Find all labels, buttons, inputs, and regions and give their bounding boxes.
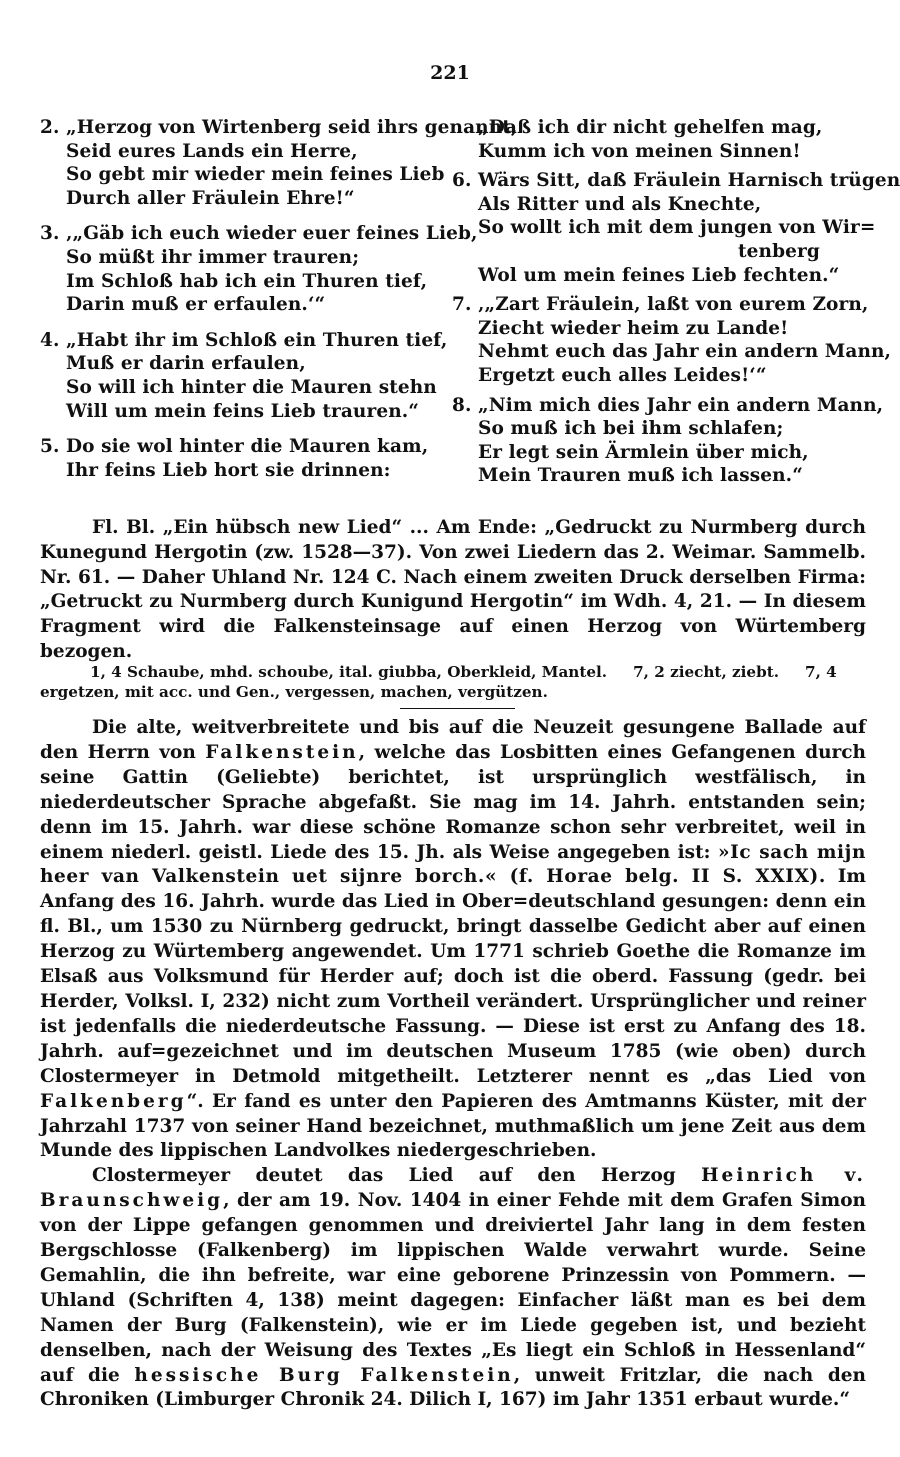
verse-line: Will um mein feins Lieb trauren.“ — [40, 400, 440, 424]
stanza-5-continued: „Daß ich dir nicht gehelfen mag, Kumm ic… — [452, 116, 862, 163]
verse-line-continuation: tenberg — [452, 240, 862, 264]
verse-line: Als Ritter und als Knechte, — [452, 193, 862, 217]
source-note: Fl. Bl. „Ein hübsch new Lied“ ... Am End… — [40, 516, 866, 665]
page-number: 221 — [0, 62, 900, 84]
stanza-number: 4. — [40, 329, 66, 353]
verse-line: „Nim mich dies Jahr ein andern Mann, — [478, 395, 883, 416]
verse-line: „Habt ihr im Schloß ein Thuren tief, — [66, 330, 447, 351]
footnote-ref: 7, 4 — [805, 663, 837, 681]
verse-line: Darin muß er erfaulen.‘“ — [40, 293, 440, 317]
verse-line: Muß er darin erfaulen, — [40, 352, 440, 376]
stanza-number: 8. — [452, 394, 478, 418]
stanza-8: 8.„Nim mich dies Jahr ein andern Mann, S… — [452, 394, 862, 488]
stanza-number: 3. — [40, 222, 66, 246]
footnotes: 1, 4 Schaube, mhd. schoube, ital. giubba… — [40, 662, 866, 702]
footnote: 7, 2 ziecht, ziebt. — [633, 663, 779, 681]
verse-line: „Herzog von Wirtenberg seid ihrs genannt… — [66, 117, 517, 138]
stanza-2: 2.„Herzog von Wirtenberg seid ihrs genan… — [40, 116, 440, 210]
stanza-6: 6.Wärs Sitt, daß Fräulein Harnisch trüge… — [452, 169, 862, 287]
text-run: Clostermeyer deutet das Lied auf den Her… — [92, 1165, 701, 1186]
verse-line: ‚„Gäb ich euch wieder euer feines Lieb, — [66, 223, 478, 244]
verse-line: Ihr feins Lieb hort sie drinnen: — [40, 459, 440, 483]
stanza-5: 5.Do sie wol hinter die Mauren kam, Ihr … — [40, 435, 440, 482]
verse-line: So wollt ich mit dem jungen von Wir= — [452, 216, 862, 240]
verse-line: Er legt sein Ärmlein über mich, — [452, 441, 862, 465]
verse-line: So will ich hinter die Mauren stehn — [40, 376, 440, 400]
stanza-number: 6. — [452, 169, 478, 193]
commentary: Die alte, weitverbreitete und bis auf di… — [40, 716, 866, 1413]
verse-line: So gebt mir wieder mein feines Lieb — [40, 163, 440, 187]
verse-line: So müßt ihr immer trauren; — [40, 246, 440, 270]
commentary-paragraph-2: Clostermeyer deutet das Lied auf den Her… — [40, 1164, 866, 1413]
footnote: 1, 4 Schaube, mhd. schoube, ital. giubba… — [90, 663, 607, 681]
emphasized-name: Falkenberg — [40, 1091, 187, 1112]
emphasized-name: Falkenstein — [205, 742, 358, 763]
verse-line: Ziecht wieder heim zu Lande! — [452, 317, 862, 341]
verse-line: Durch aller Fräulein Ehre!“ — [40, 187, 440, 211]
verse-line: Seid eures Lands ein Herre, — [40, 140, 440, 164]
verse-line: Kumm ich von meinen Sinnen! — [452, 140, 862, 164]
verse-line: „Daß ich dir nicht gehelfen mag, — [452, 116, 862, 140]
footnote: ergetzen, mit acc. und Gen., vergessen, … — [40, 682, 866, 702]
emphasized-name: hessische Burg Falkenstein — [134, 1365, 513, 1386]
stanza-4: 4.„Habt ihr im Schloß ein Thuren tief, M… — [40, 329, 440, 423]
verse-line: Ergetzt euch alles Leides!‘“ — [452, 364, 862, 388]
verse-line: Mein Trauren muß ich lassen.“ — [452, 464, 862, 488]
poem-right-column: „Daß ich dir nicht gehelfen mag, Kumm ic… — [452, 116, 862, 500]
section-divider — [400, 708, 515, 709]
verse-line: Do sie wol hinter die Mauren kam, — [66, 436, 428, 457]
verse-line: Nehmt euch das Jahr ein andern Mann, — [452, 340, 862, 364]
verse-line: ‚„Zart Fräulein, laßt von eurem Zorn, — [478, 294, 868, 315]
stanza-3: 3.‚„Gäb ich euch wieder euer feines Lieb… — [40, 222, 440, 316]
verse-line: So muß ich bei ihm schlafen; — [452, 417, 862, 441]
commentary-paragraph-1: Die alte, weitverbreitete und bis auf di… — [40, 716, 866, 1164]
source-note-text: Fl. Bl. „Ein hübsch new Lied“ ... Am End… — [40, 516, 866, 665]
verse-line: Wol um mein feines Lieb fechten.“ — [452, 264, 862, 288]
verse-line: Wärs Sitt, daß Fräulein Harnisch trügen — [478, 170, 900, 191]
text-run: , der am 19. Nov. 1404 in einer Fehde mi… — [40, 1190, 866, 1385]
poem-left-column: 2.„Herzog von Wirtenberg seid ihrs genan… — [40, 116, 440, 494]
stanza-number: 5. — [40, 435, 66, 459]
stanza-7: 7.‚„Zart Fräulein, laßt von eurem Zorn, … — [452, 293, 862, 387]
text-run: Im Anfang des 16. Jahrh. wurde das Lied … — [40, 866, 866, 1086]
stanza-number: 7. — [452, 293, 478, 317]
stanza-number: 2. — [40, 116, 66, 140]
verse-line: Im Schloß hab ich ein Thuren tief, — [40, 270, 440, 294]
